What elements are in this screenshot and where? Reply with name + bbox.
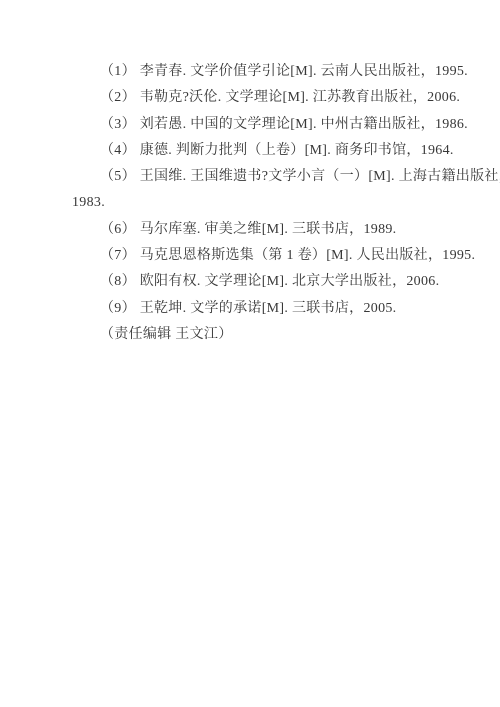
editor-note-line: （责任编辑 王文江） <box>72 322 450 348</box>
reference-line-3: （3） 刘若愚. 中国的文学理论[M]. 中州古籍出版社，1986. <box>72 112 450 138</box>
reference-line-8: （8） 欧阳有权. 文学理论[M]. 北京大学出版社，2006. <box>72 269 450 295</box>
reference-line-9: （9） 王乾坤. 文学的承诺[M]. 三联书店，2005. <box>72 296 450 322</box>
reference-line-6: （6） 马尔库塞. 审美之维[M]. 三联书店，1989. <box>72 217 450 243</box>
reference-line-5-continuation: 1983. <box>72 190 450 216</box>
reference-line-5: （5） 王国维. 王国维遗书?文学小言（一）[M]. 上海古籍出版社， <box>72 164 450 190</box>
reference-line-1: （1） 李青春. 文学价值学引论[M]. 云南人民出版社，1995. <box>72 59 450 85</box>
reference-list: （1） 李青春. 文学价值学引论[M]. 云南人民出版社，1995. （2） 韦… <box>72 59 450 348</box>
reference-line-4: （4） 康德. 判断力批判（上卷）[M]. 商务印书馆，1964. <box>72 138 450 164</box>
document-page: （1） 李青春. 文学价值学引论[M]. 云南人民出版社，1995. （2） 韦… <box>0 0 500 707</box>
reference-line-7: （7） 马克思恩格斯选集（第 1 卷）[M]. 人民出版社，1995. <box>72 243 450 269</box>
reference-line-2: （2） 韦勒克?沃伦. 文学理论[M]. 江苏教育出版社，2006. <box>72 85 450 111</box>
